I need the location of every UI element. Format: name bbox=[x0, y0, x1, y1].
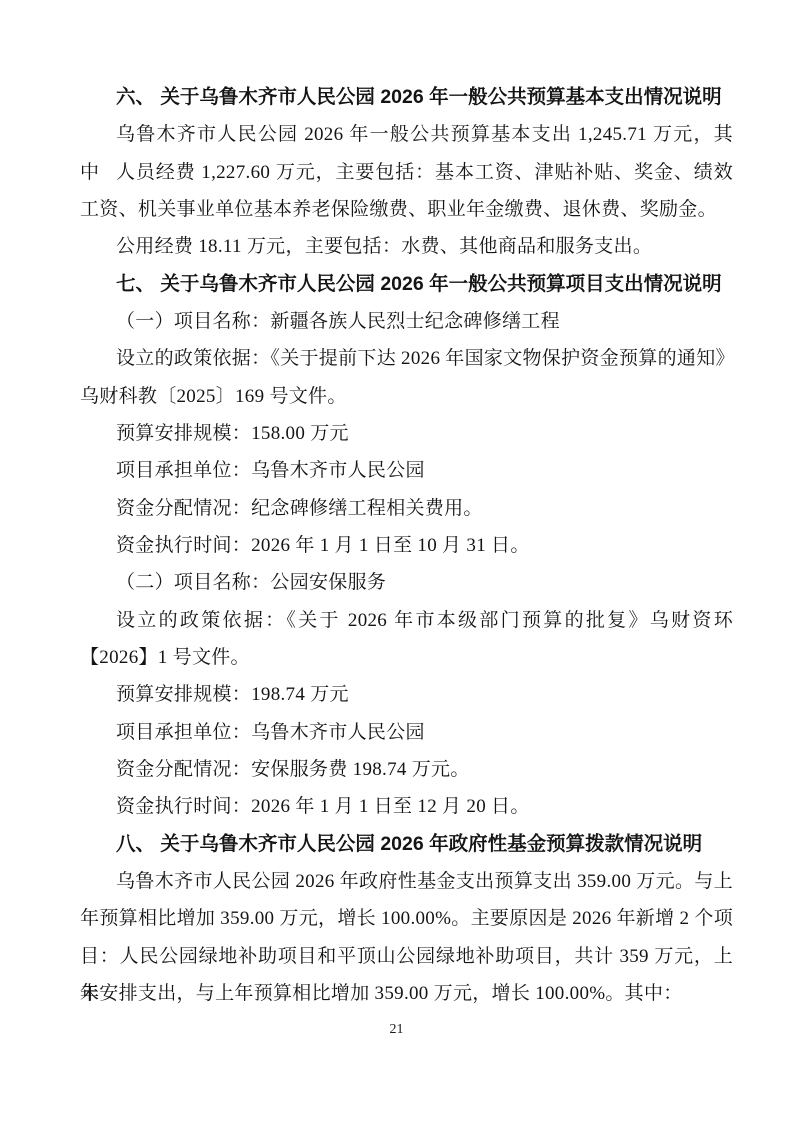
paragraph-line: 工资、机关事业单位基本养老保险缴费、职业年金缴费、退休费、奖励金。 bbox=[80, 191, 733, 228]
paragraph-line: 设立的政策依据：《关于 2026 年市本级部门预算的批复》乌财资环 bbox=[80, 602, 733, 639]
section-heading-6: 六、 关于乌鲁木齐市人民公园 2026 年一般公共预算基本支出情况说明 bbox=[80, 79, 733, 116]
paragraph-line: 年预算相比增加 359.00 万元，增长 100.00%。主要原因是 2026 … bbox=[80, 900, 733, 937]
paragraph-line: 未安排支出，与上年预算相比增加 359.00 万元，增长 100.00%。其中： bbox=[80, 975, 733, 1012]
page-number: 21 bbox=[0, 1022, 793, 1038]
paragraph-line: 乌鲁木齐市人民公园 2026 年政府性基金支出预算支出 359.00 万元。与上 bbox=[80, 863, 733, 900]
paragraph-line: 预算安排规模：158.00 万元 bbox=[80, 415, 733, 452]
paragraph-line: 资金执行时间：2026 年 1 月 1 日至 10 月 31 日。 bbox=[80, 527, 733, 564]
paragraph-line: （一）项目名称：新疆各族人民烈士纪念碑修缮工程 bbox=[80, 303, 733, 340]
document-page: 六、 关于乌鲁木齐市人民公园 2026 年一般公共预算基本支出情况说明 乌鲁木齐… bbox=[0, 0, 793, 1122]
paragraph-line: 乌鲁木齐市人民公园 2026 年一般公共预算基本支出 1,245.71 万元，其… bbox=[80, 116, 733, 153]
paragraph-line: 资金分配情况：纪念碑修缮工程相关费用。 bbox=[80, 490, 733, 527]
paragraph-line: 资金分配情况：安保服务费 198.74 万元。 bbox=[80, 751, 733, 788]
page-body: 六、 关于乌鲁木齐市人民公园 2026 年一般公共预算基本支出情况说明 乌鲁木齐… bbox=[80, 79, 733, 1012]
paragraph-line: 资金执行时间：2026 年 1 月 1 日至 12 月 20 日。 bbox=[80, 788, 733, 825]
section-heading-7: 七、 关于乌鲁木齐市人民公园 2026 年一般公共预算项目支出情况说明 bbox=[80, 266, 733, 303]
paragraph-line: 预算安排规模：198.74 万元 bbox=[80, 676, 733, 713]
paragraph-line: 设立的政策依据：《关于提前下达 2026 年国家文物保护资金预算的通知》 bbox=[80, 340, 733, 377]
paragraph-line: 人员经费 1,227.60 万元，主要包括：基本工资、津贴补贴、奖金、绩效 bbox=[80, 154, 733, 191]
paragraph-line: 目：人民公园绿地补助项目和平顶山公园绿地补助项目，共计 359 万元，上年 bbox=[80, 938, 733, 975]
paragraph-line: （二）项目名称：公园安保服务 bbox=[80, 564, 733, 601]
paragraph-line: 乌财科教〔2025〕169 号文件。 bbox=[80, 378, 733, 415]
paragraph-line: 【2026】1 号文件。 bbox=[80, 639, 733, 676]
section-heading-8: 八、 关于乌鲁木齐市人民公园 2026 年政府性基金预算拨款情况说明 bbox=[80, 826, 733, 863]
paragraph-line: 公用经费 18.11 万元，主要包括：水费、其他商品和服务支出。 bbox=[80, 228, 733, 265]
paragraph-line: 项目承担单位：乌鲁木齐市人民公园 bbox=[80, 452, 733, 489]
paragraph-line: 项目承担单位：乌鲁木齐市人民公园 bbox=[80, 714, 733, 751]
